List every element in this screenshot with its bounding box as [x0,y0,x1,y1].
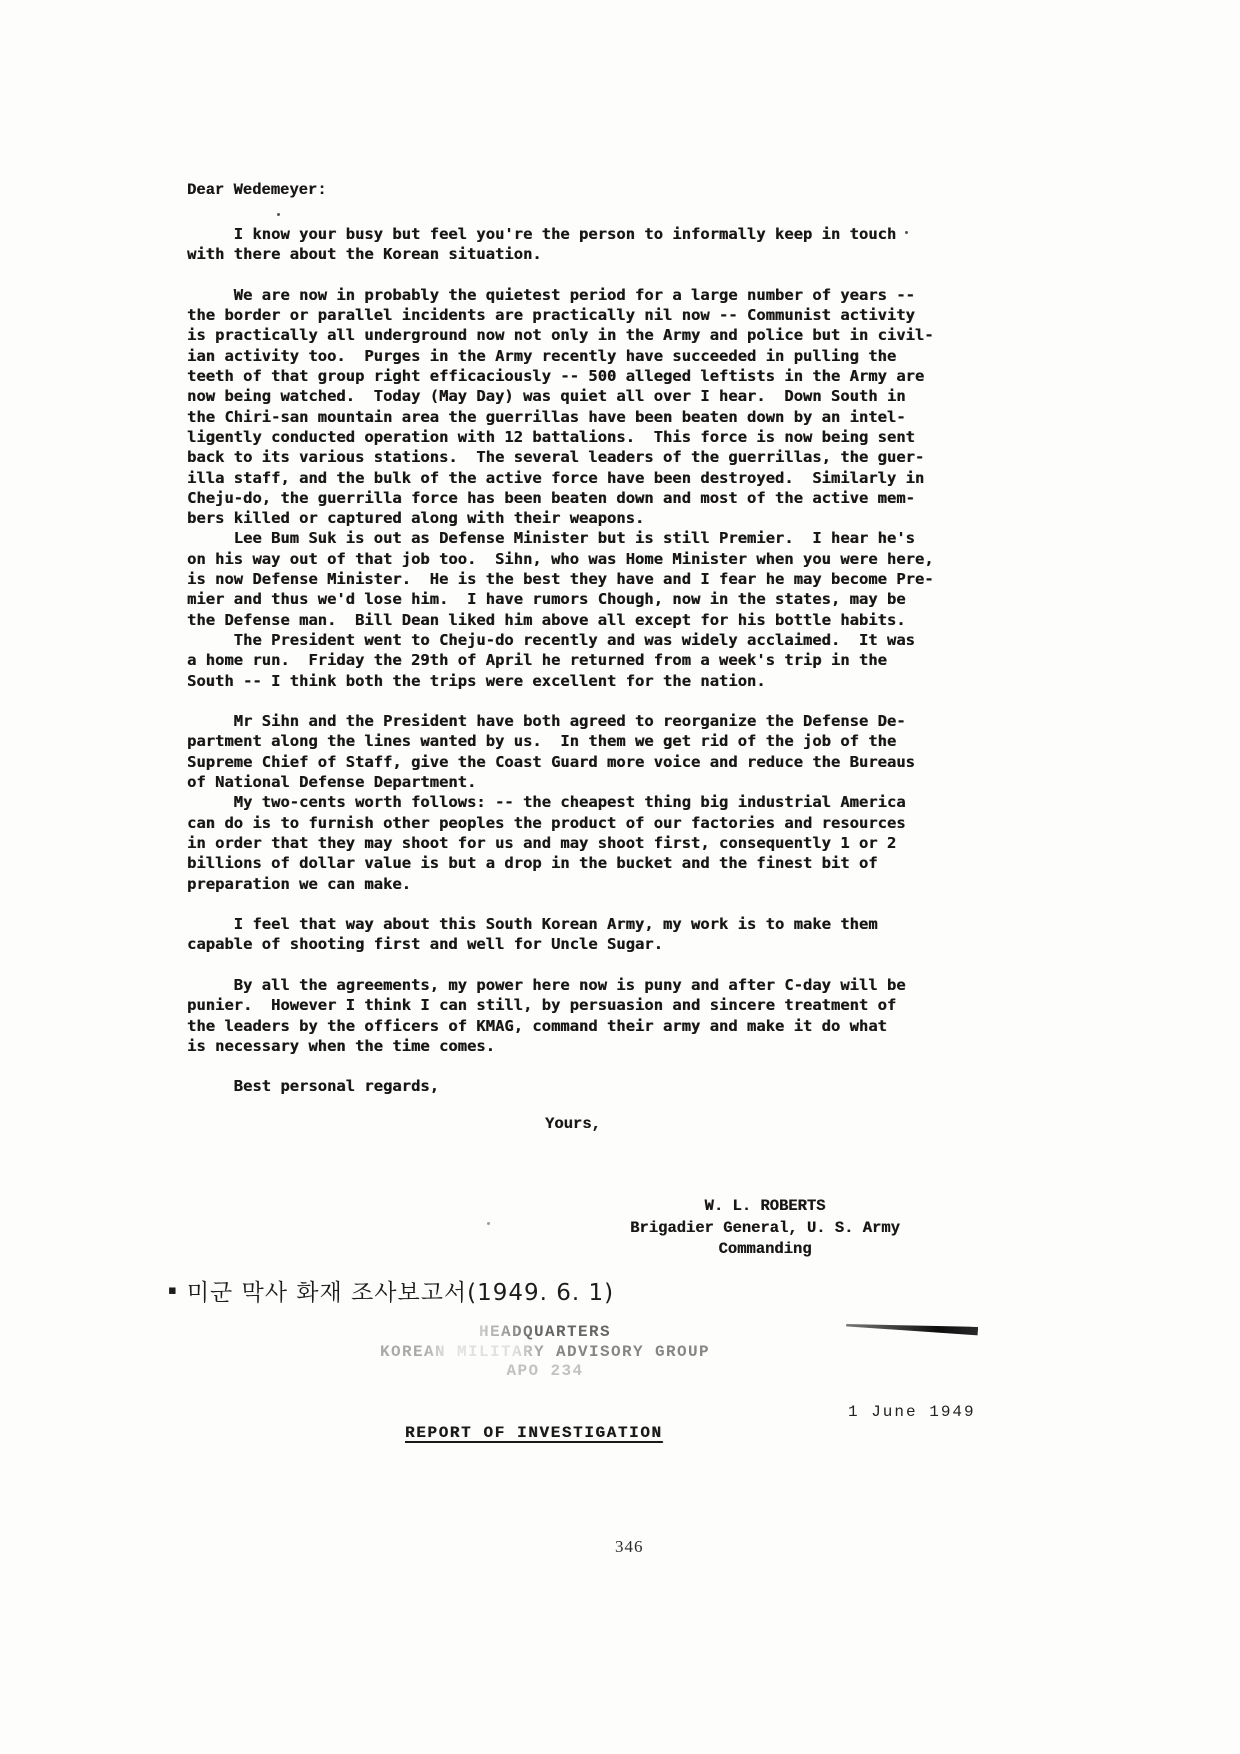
scan-speck [487,1222,490,1225]
scan-speck [277,213,280,216]
signature-name: W. L. ROBERTS [610,1196,920,1218]
signature-block: W. L. ROBERTS Brigadier General, U. S. A… [610,1196,920,1261]
report-title: REPORT OF INVESTIGATION [405,1424,663,1442]
ink-smudge-mark [846,1321,978,1336]
letterhead-headquarters: HEADQUARTERS [355,1323,735,1343]
signature-role: Commanding [610,1239,920,1261]
letterhead-unit: KOREAN MILITARY ADVISORY GROUP [355,1343,735,1363]
scan-speck [905,231,908,234]
report-date: 1 June 1949 [848,1403,976,1421]
korean-annotation: ▪ 미군 막사 화재 조사보고서(1949. 6. 1) [168,1274,614,1307]
signature-title: Brigadier General, U. S. Army [610,1218,920,1240]
letter-body: I know your busy but feel you're the per… [187,224,934,1097]
letter-salutation: Dear Wedemeyer: [187,181,327,199]
letter-valediction: Yours, [545,1115,601,1133]
bullet-icon: ▪ [168,1284,178,1297]
letterhead-apo: APO 234 [355,1362,735,1382]
page-number: 346 [615,1537,644,1557]
korean-annotation-text: 미군 막사 화재 조사보고서(1949. 6. 1) [187,1274,614,1307]
report-letterhead: HEADQUARTERS KOREAN MILITARY ADVISORY GR… [355,1323,735,1382]
scanned-letter-page: Dear Wedemeyer: I know your busy but fee… [0,0,1240,1754]
